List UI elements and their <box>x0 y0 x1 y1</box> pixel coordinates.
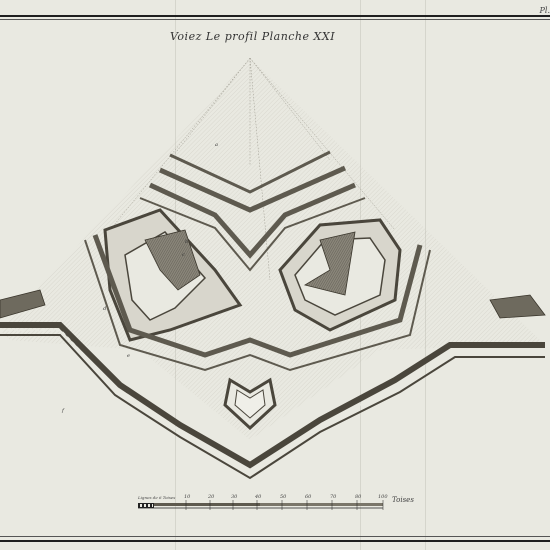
scale-tick-label: 100 <box>378 494 388 500</box>
label-b: b <box>185 239 188 245</box>
scale-tick-label: 70 <box>330 494 336 500</box>
scale-bar <box>138 500 383 510</box>
label-d: d <box>103 306 106 312</box>
scale-tick-label: 30 <box>231 494 237 500</box>
scale-caption: Lignes de 6 Toises <box>138 495 175 500</box>
engraving-plate: Pl. Voiez Le profil Planche XXI <box>0 0 550 550</box>
fortification-plan: a b c d e f <box>0 0 550 550</box>
label-e: e <box>127 353 130 359</box>
scale-tick-label: 10 <box>184 494 190 500</box>
scale-unit-label: Toises <box>392 496 414 504</box>
scale-tick-label: 60 <box>305 494 311 500</box>
scale-tick-label: 50 <box>280 494 286 500</box>
scale-tick-label: 80 <box>355 494 361 500</box>
label-a: a <box>215 142 218 148</box>
scale-tick-label: 40 <box>255 494 261 500</box>
label-f: f <box>61 408 65 414</box>
glacis <box>0 58 545 440</box>
label-c: c <box>182 252 185 258</box>
scale-tick-label: 20 <box>208 494 214 500</box>
